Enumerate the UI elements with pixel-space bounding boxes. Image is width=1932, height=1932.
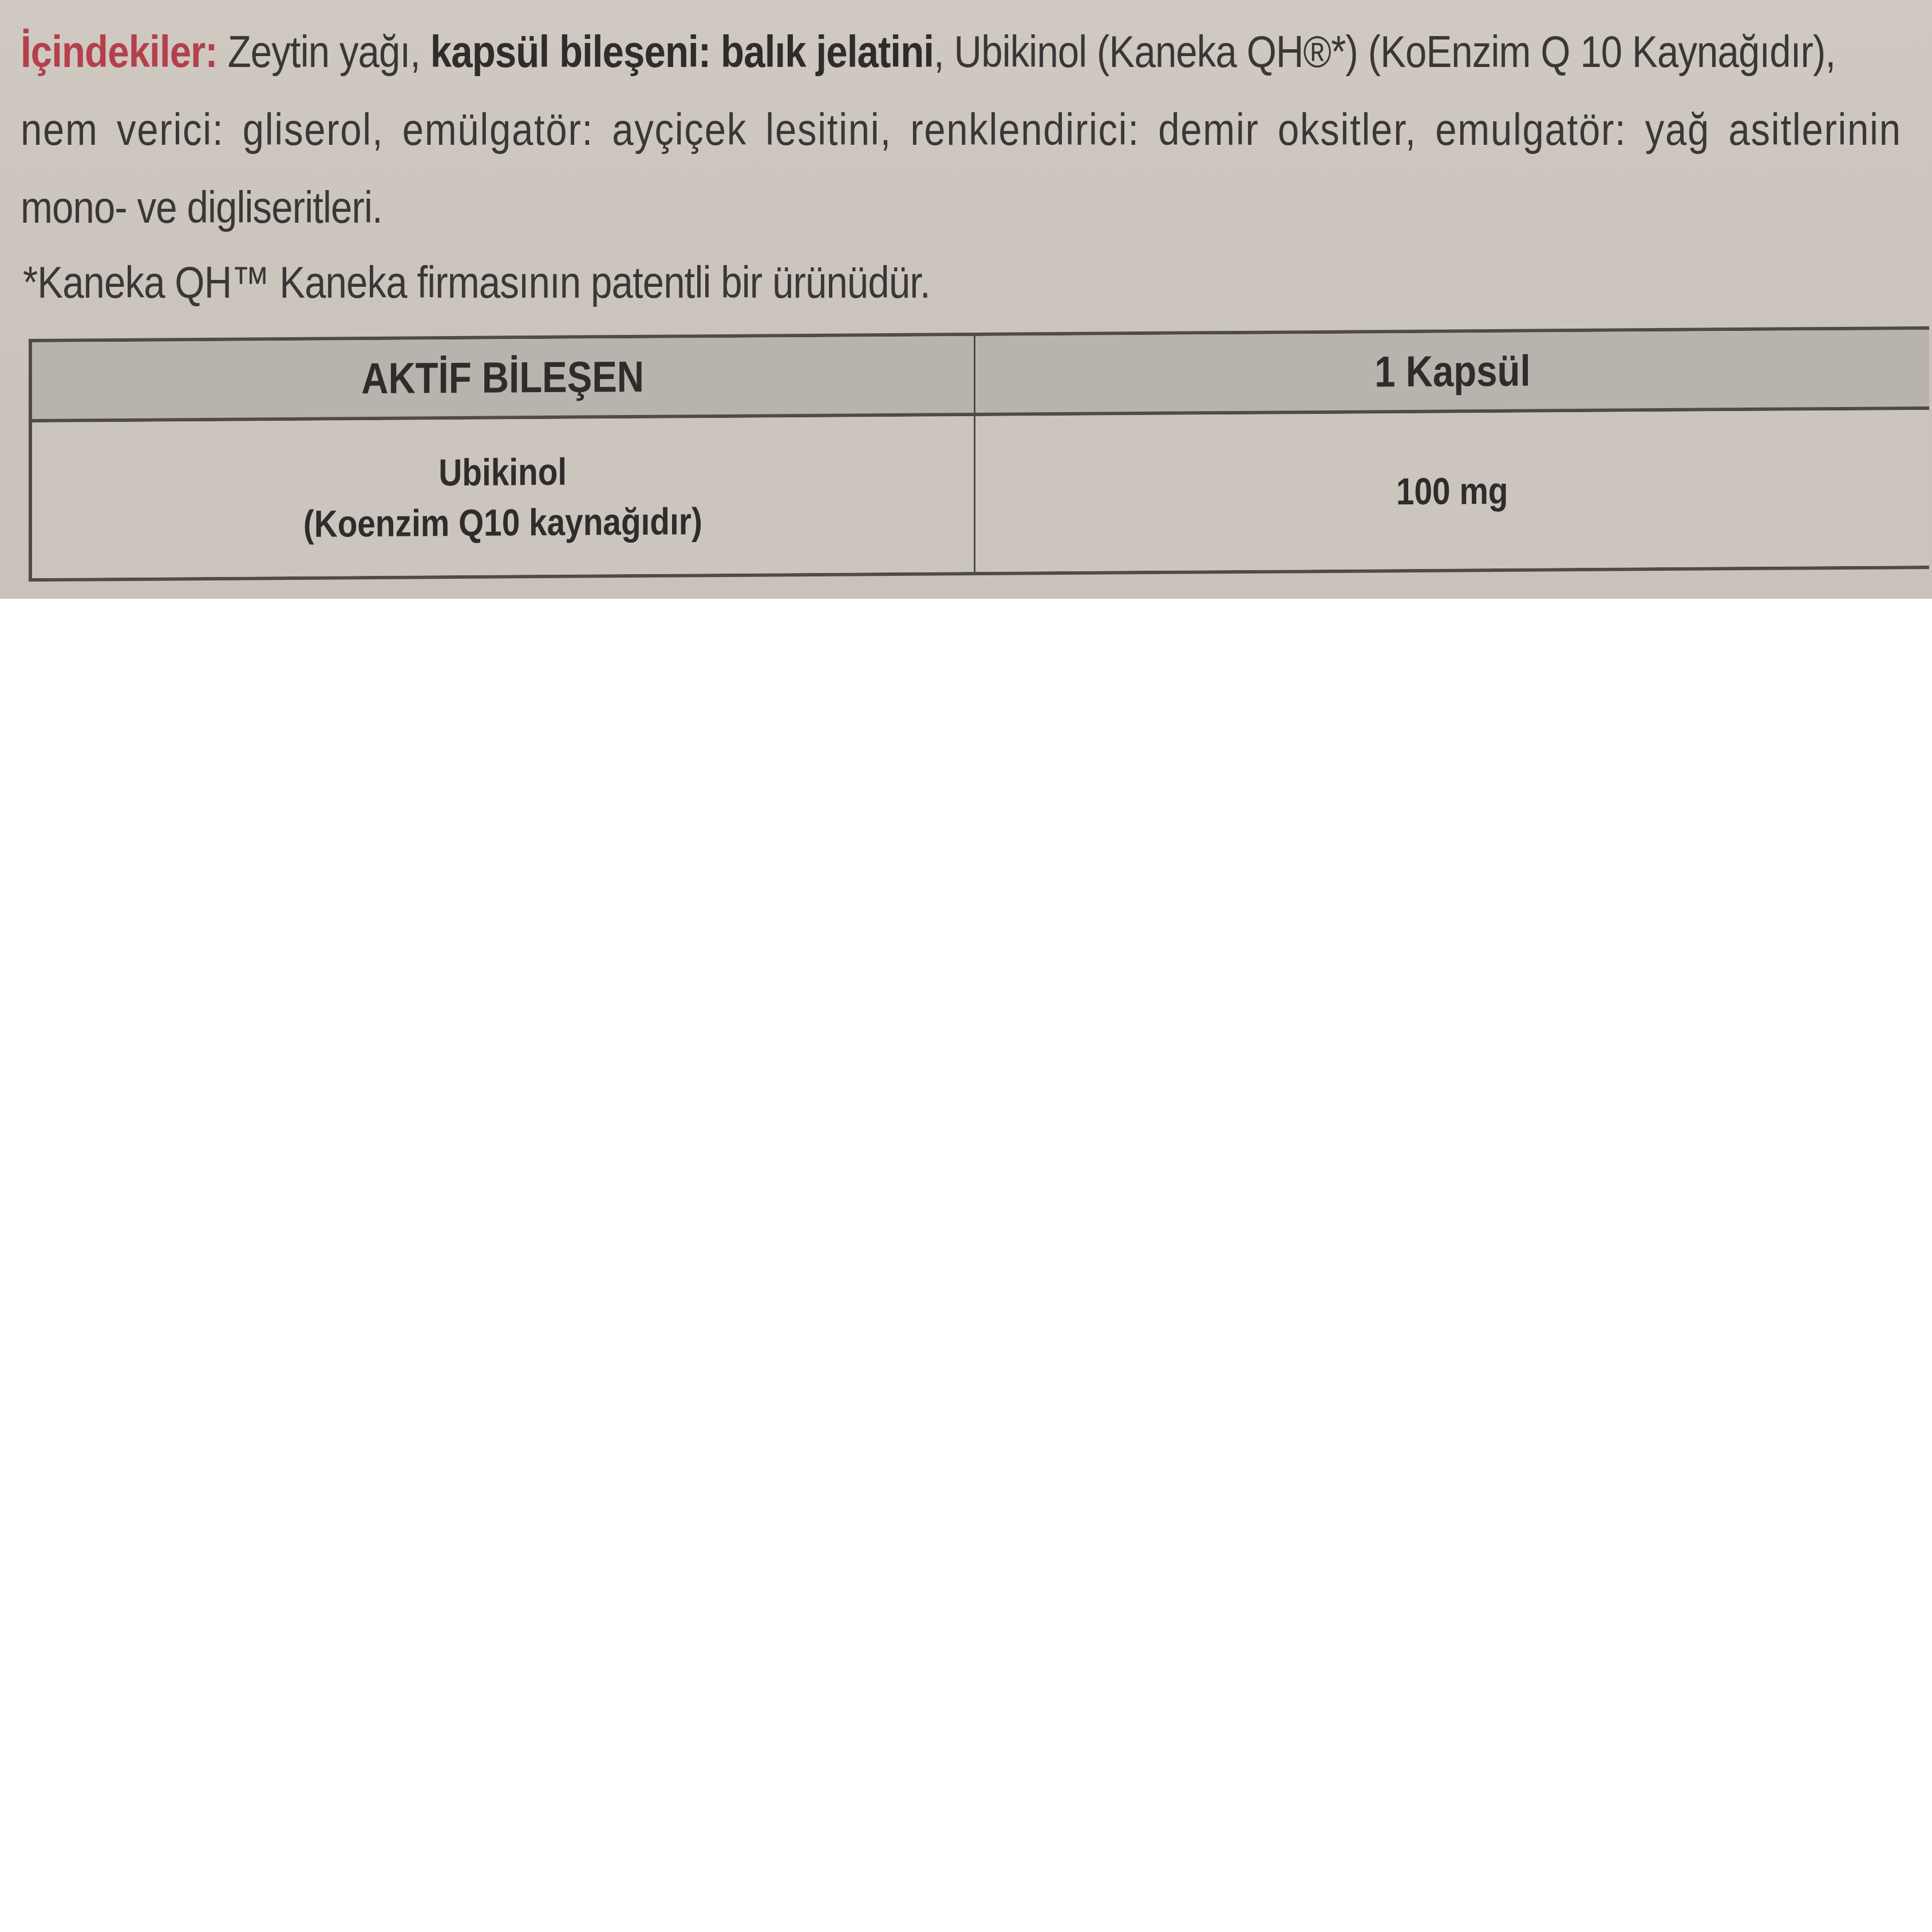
cell-amount: 100 mg (975, 410, 1929, 572)
active-ingredient-table: AKTİF BİLEŞEN 1 Kapsül Ubikinol (Koenzim… (29, 326, 1929, 582)
supplement-label: İçindekiler: Zeytin yağı, kapsül bileşen… (0, 0, 1932, 599)
ingredients-line-3: mono- ve digliseritleri. (21, 168, 1921, 246)
trademark-footnote: *Kaneka QH™ Kaneka firmasının patentli b… (23, 256, 930, 309)
ingredients-line-1: İçindekiler: Zeytin yağı, kapsül bileşen… (21, 13, 1921, 90)
ingredient-name: Ubikinol (439, 447, 567, 497)
ingredients-line-2: nem verici: gliserol, emülgatör: ayçiçek… (21, 90, 1921, 168)
capsule-components: kapsül bileşeni: balık jelatini (430, 26, 934, 77)
header-per-capsule: 1 Kapsül (975, 330, 1929, 413)
ingredients-paragraph: İçindekiler: Zeytin yağı, kapsül bileşen… (21, 13, 1921, 246)
header-active-ingredient: AKTİF BİLEŞEN (32, 336, 975, 419)
table-row: Ubikinol (Koenzim Q10 kaynağıdır) 100 mg (32, 410, 1929, 578)
ingredient-note: (Koenzim Q10 kaynağıdır) (303, 496, 702, 549)
cell-ingredient: Ubikinol (Koenzim Q10 kaynağıdır) (32, 416, 975, 578)
ingredients-heading: İçindekiler: (21, 26, 218, 77)
table-header-row: AKTİF BİLEŞEN 1 Kapsül (32, 330, 1929, 422)
